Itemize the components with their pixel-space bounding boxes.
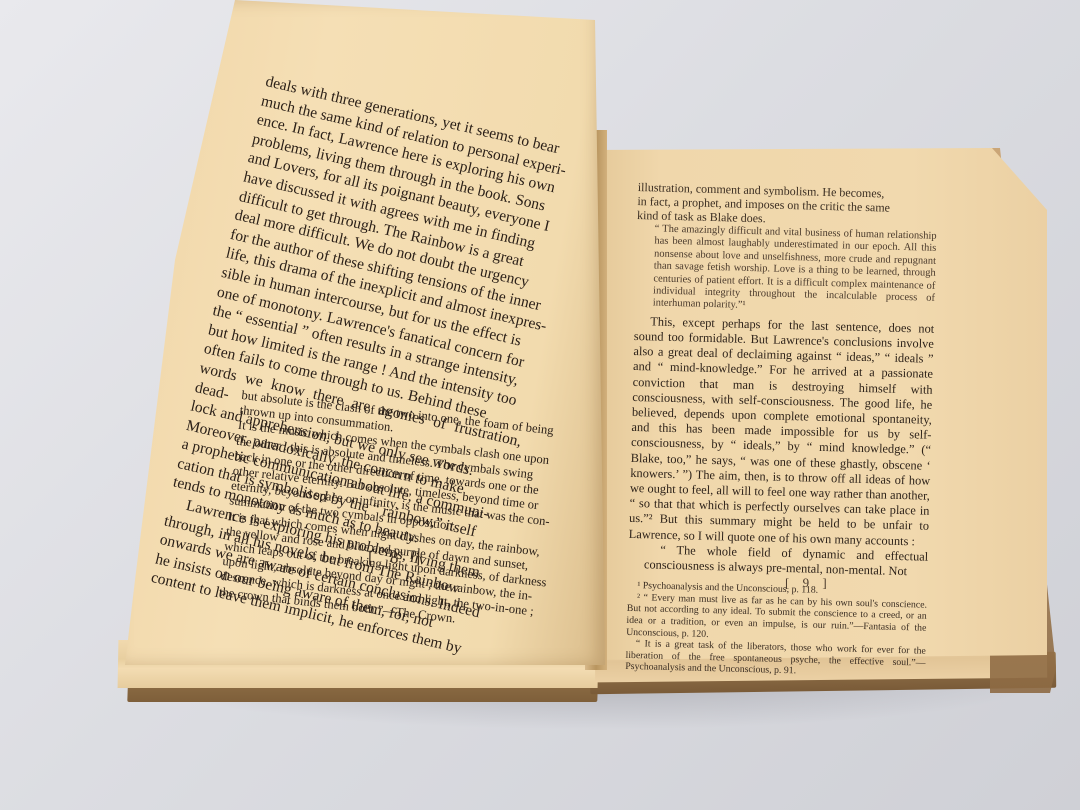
body-paragraph: This, except perhaps for the last senten… — [629, 314, 935, 550]
left-page-quote: but absolute is the clash of the two int… — [218, 382, 593, 639]
footnotes: ¹ Psychoanalysis and the Unconscious, p.… — [625, 580, 927, 681]
page-number-left: [ 8 ] — [368, 547, 427, 568]
right-page-text: illustration, comment and symbolism. He … — [625, 180, 938, 681]
photo-scene: deals with three generations, yet it see… — [0, 0, 1080, 810]
footnote: ² “ Every man must live as far as he can… — [626, 592, 927, 646]
page-number-right: [ 9 ] — [785, 575, 832, 591]
block-quote: “ The amazingly difficult and vital busi… — [635, 223, 937, 318]
